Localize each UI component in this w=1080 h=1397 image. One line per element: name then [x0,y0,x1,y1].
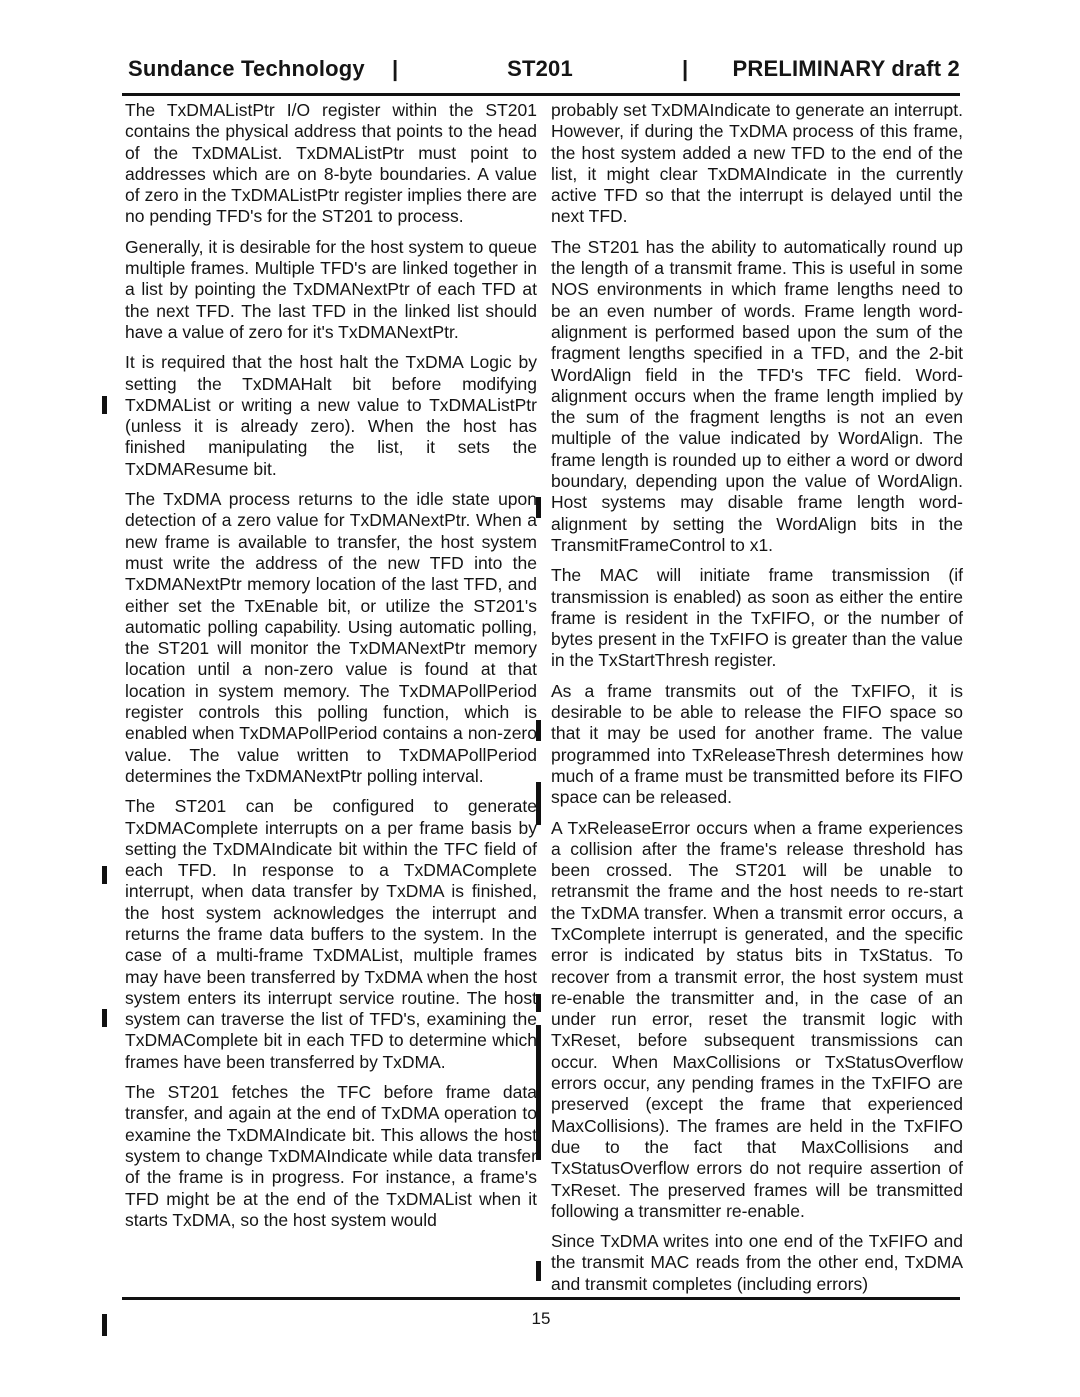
right-column: probably set TxDMAIndicate to generate a… [551,100,963,1295]
paragraph: The MAC will initiate frame transmission… [551,565,963,671]
header-separator: | [682,56,688,82]
page-number: 15 [122,1309,960,1329]
change-bar [536,1025,541,1160]
paragraph: A TxReleaseError occurs when a frame exp… [551,818,963,1223]
change-bar [102,866,107,884]
change-bar [536,497,541,518]
change-bar [536,720,541,741]
paragraph: Since TxDMA writes into one end of the T… [551,1231,963,1295]
header-product-title: ST201 [507,56,573,82]
paragraph: The ST201 can be configured to generate … [125,796,537,1073]
change-bar [536,994,541,1012]
paragraph: Generally, it is desirable for the host … [125,237,537,343]
header-rule [122,93,960,96]
left-column: The TxDMAListPtr I/O register within the… [125,100,537,1231]
change-bar [536,782,541,825]
change-bar [102,1009,107,1027]
paragraph: As a frame transmits out of the TxFIFO, … [551,681,963,809]
paragraph: The ST201 has the ability to automatical… [551,237,963,556]
paragraph: probably set TxDMAIndicate to generate a… [551,100,963,228]
header-separator: | [392,56,398,82]
change-bar [536,1261,541,1281]
footer-rule [122,1297,960,1300]
change-bar [102,1314,107,1336]
paragraph: The ST201 fetches the TFC before frame d… [125,1082,537,1231]
page-header: Sundance Technology | ST201 | PRELIMINAR… [120,56,960,88]
header-draft-status: PRELIMINARY draft 2 [733,56,961,82]
change-bar [102,396,107,414]
document-page: Sundance Technology | ST201 | PRELIMINAR… [0,0,1080,1397]
header-company: Sundance Technology [128,56,365,82]
paragraph: It is required that the host halt the Tx… [125,352,537,480]
paragraph: The TxDMA process returns to the idle st… [125,489,537,787]
paragraph: The TxDMAListPtr I/O register within the… [125,100,537,228]
